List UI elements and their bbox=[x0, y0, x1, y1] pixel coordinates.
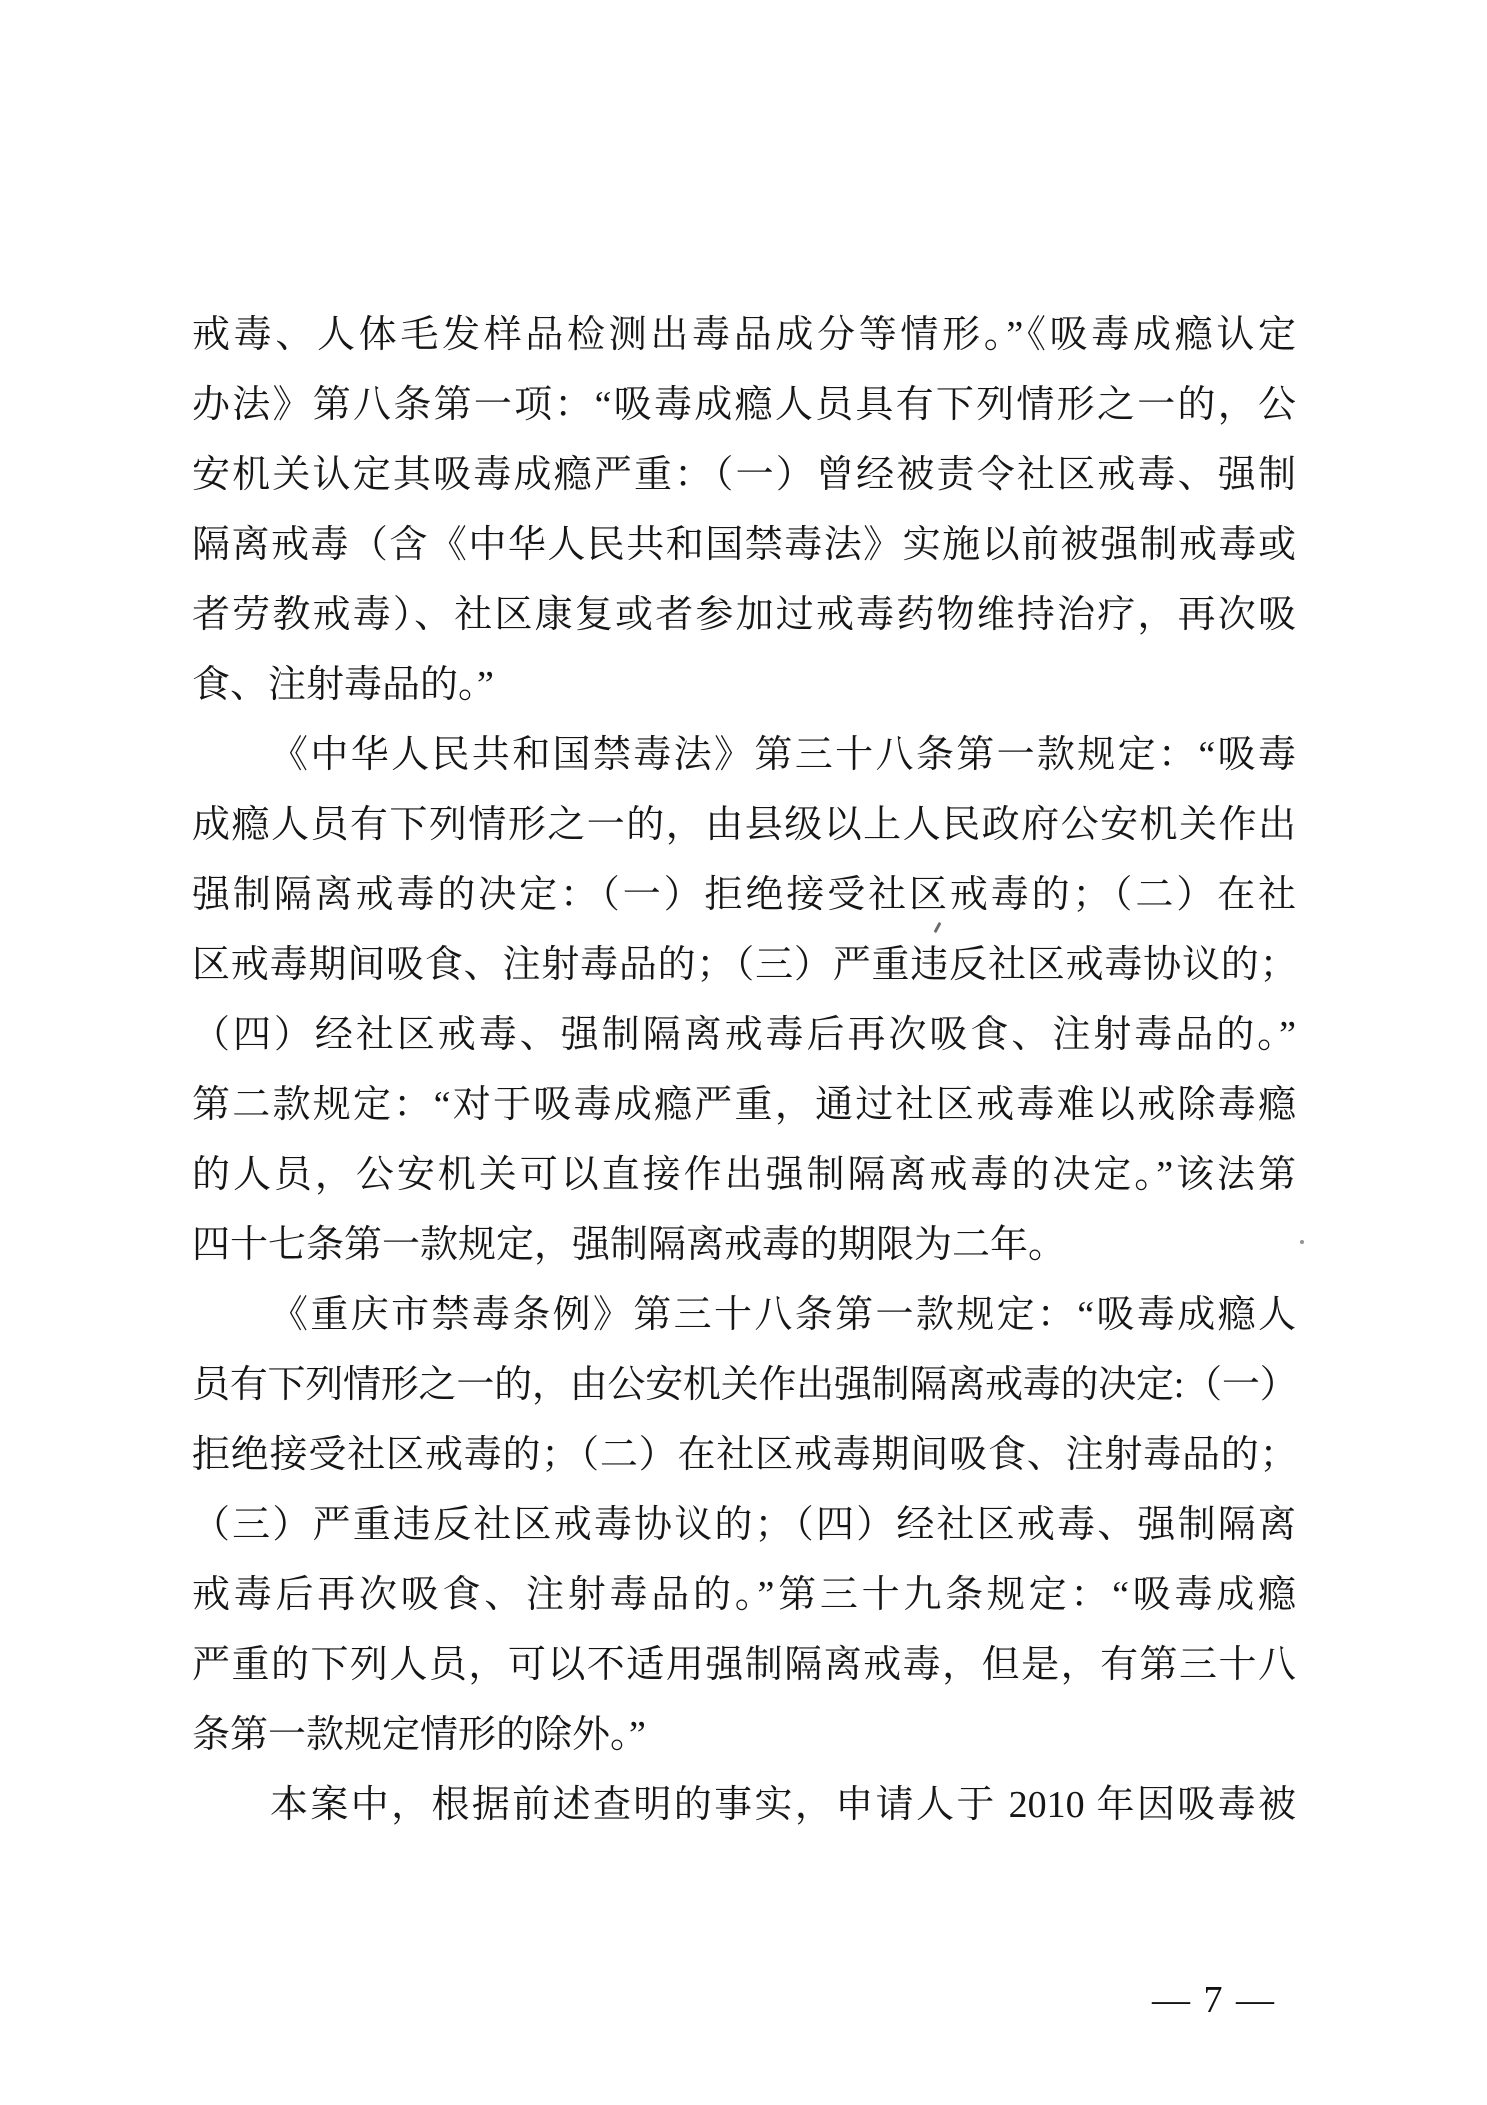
text-line paragraph-start: 《中华人民共和国禁毒法》第三十八条第一款规定：“吸毒 bbox=[192, 720, 1296, 790]
text-line: 戒毒、人体毛发样品检测出毒品成分等情形。”《吸毒成瘾认定 bbox=[192, 300, 1296, 370]
text-line: （四）经社区戒毒、强制隔离戒毒后再次吸食、注射毒品的。” bbox=[192, 1000, 1296, 1070]
text-line: （三）严重违反社区戒毒协议的；（四）经社区戒毒、强制隔离 bbox=[192, 1490, 1296, 1560]
text-line: 拒绝接受社区戒毒的；（二）在社区戒毒期间吸食、注射毒品的； bbox=[192, 1420, 1296, 1490]
text-line paragraph-start: 《重庆市禁毒条例》第三十八条第一款规定：“吸毒成瘾人 bbox=[192, 1280, 1296, 1350]
text-line: 区戒毒期间吸食、注射毒品的；（三）严重违反社区戒毒协议的； bbox=[192, 930, 1296, 1000]
text-line: 办法》第八条第一项：“吸毒成瘾人员具有下列情形之一的，公 bbox=[192, 370, 1296, 440]
text-line: 成瘾人员有下列情形之一的，由县级以上人民政府公安机关作出 bbox=[192, 790, 1296, 860]
text-block: 戒毒、人体毛发样品检测出毒品成分等情形。”《吸毒成瘾认定 办法》第八条第一项：“… bbox=[192, 300, 1296, 1840]
text-line: 隔离戒毒（含《中华人民共和国禁毒法》实施以前被强制戒毒或 bbox=[192, 510, 1296, 580]
text-line: 四十七条第一款规定，强制隔离戒毒的期限为二年。 bbox=[192, 1210, 1296, 1280]
text-line: 戒毒后再次吸食、注射毒品的。”第三十九条规定：“吸毒成瘾 bbox=[192, 1560, 1296, 1630]
text-line: 强制隔离戒毒的决定：（一）拒绝接受社区戒毒的；（二）在社 bbox=[192, 860, 1296, 930]
text-line: 第二款规定：“对于吸毒成瘾严重，通过社区戒毒难以戒除毒瘾 bbox=[192, 1070, 1296, 1140]
text-line: 条第一款规定情形的除外。” bbox=[192, 1700, 1296, 1770]
text-line: 安机关认定其吸毒成瘾严重：（一）曾经被责令社区戒毒、强制 bbox=[192, 440, 1296, 510]
text-line paragraph-start: 本案中，根据前述查明的事实，申请人于 2010 年因吸毒被 bbox=[192, 1770, 1296, 1840]
page-number: — 7 — bbox=[1152, 1978, 1276, 2022]
text-line: 员有下列情形之一的，由公安机关作出强制隔离戒毒的决定:（一） bbox=[192, 1350, 1296, 1420]
text-line: 严重的下列人员，可以不适用强制隔离戒毒，但是，有第三十八 bbox=[192, 1630, 1296, 1700]
text-line: 食、注射毒品的。” bbox=[192, 650, 1296, 720]
text-line: 者劳教戒毒）、社区康复或者参加过戒毒药物维持治疗，再次吸 bbox=[192, 580, 1296, 650]
text-line: 的人员，公安机关可以直接作出强制隔离戒毒的决定。”该法第 bbox=[192, 1140, 1296, 1210]
document-page: 戒毒、人体毛发样品检测出毒品成分等情形。”《吸毒成瘾认定 办法》第八条第一项：“… bbox=[0, 0, 1487, 2105]
scan-speck bbox=[1300, 1240, 1304, 1244]
